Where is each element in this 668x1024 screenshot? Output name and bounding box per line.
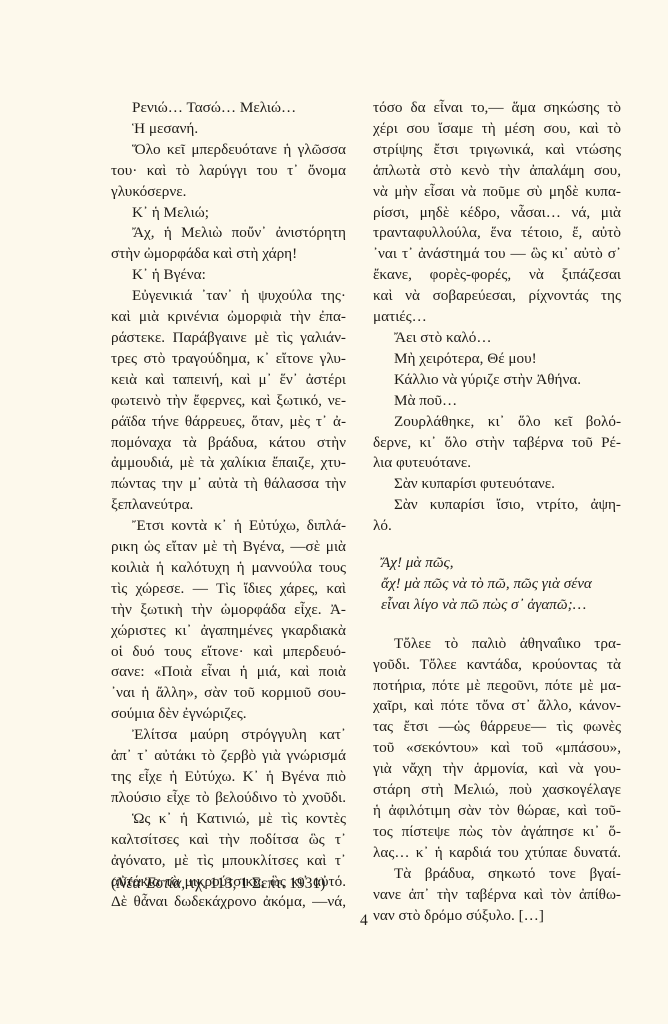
text-line: πώντας την μ᾽ αὐτὰ τὴ θάλασσα τὴν (111, 474, 346, 495)
left-column: Ρενιώ… Τασώ… Μελιώ…Ἡ μεσανή.Ὅλο κεῖ μπερ… (111, 98, 346, 913)
text-line: της εἶχε ἡ Εὐτύχω. Κ᾽ ἡ Βγένα πιὸ (111, 767, 346, 788)
text-line: γλυκόσερνε. (111, 182, 346, 203)
text-line: λια φυτευότανε. (373, 453, 621, 474)
text-line: Ζουρλάθηκε, κι᾽ ὅλο κεῖ βολό- (373, 412, 621, 433)
text-line: ᾽ναι ἡ ἄλλη», σὰν τοῦ κορμιοῦ σου- (111, 683, 346, 704)
text-line: γοῦδι. Τὄλεε καντάδα, κρούοντας τὰ (373, 655, 621, 676)
text-line: ρίσσι, μηδὲ κέδρο, νἆσαι… νά, μιὰ (373, 203, 621, 224)
text-line: ἀμμουδιά, μὲ τὰ χαλίκια ἔπαιζε, χτυ- (111, 453, 346, 474)
text-line: στάρη στὴ Μελιώ, ποὺ χασκογέλαγε (373, 780, 621, 801)
text-line: τρανταφυλλούλα, ἕνα τέτοιο, ἔ, αὐτὸ (373, 223, 621, 244)
text-line: Μὴ χειρότερα, Θέ μου! (373, 349, 621, 370)
text-line: χαῖρι, καὶ πότε τὄνα στ᾽ ἄλλο, κάνον- (373, 696, 621, 717)
text-line: του· καὶ τὸ λαρύγγι του τ᾽ ὄνομα (111, 161, 346, 182)
text-line: Τὄλεε τὸ παλιὸ ἀθηναΐικο τρα- (373, 634, 621, 655)
text-line: λας… κ᾽ ἡ καρδιά του χτύπαε δυνατά. (373, 843, 621, 864)
text-line: Κ᾽ ἡ Βγένα: (111, 265, 346, 286)
text-line: Ἡ μεσανή. (111, 119, 346, 140)
text-line: τος πίστεψε πὼς τὸν ἀγάπησε κι᾽ ὅ- (373, 822, 621, 843)
right-column-prose-bottom: Τὄλεε τὸ παλιὸ ἀθηναΐικο τρα-γοῦδι. Τὄλε… (373, 634, 621, 927)
text-line: χέρι σου ἴσαμε τὴ μέση σου, καὶ τὸ (373, 119, 621, 140)
text-line: Ἔτσι κοντὰ κ᾽ ἡ Εὐτύχω, διπλά- (111, 516, 346, 537)
text-line: Ὅλο κεῖ μπερδευότανε ἡ γλῶσσα (111, 140, 346, 161)
text-line: ξεπλανεύτρα. (111, 495, 346, 516)
text-line: λό. (373, 516, 621, 537)
text-line: Σὰν κυπαρίσι ἴσιο, ντρίτο, ἀψη- (373, 495, 621, 516)
verse-line: ἄχ! μὰ πῶς νὰ τὸ πῶ, πῶς γιὰ σένα (381, 574, 621, 595)
text-line: καὶ μιὰ κρινένια ὠμορφιὰ τὴν ἐπα- (111, 307, 346, 328)
text-line: στρίψης ἔτσι τριγωνικά, καὶ ντώσης (373, 140, 621, 161)
text-line: ρικη ὡς εἴταν μὲ τὴ Βγένα, —σὲ μιὰ (111, 537, 346, 558)
text-line: κειὰ καὶ ταπεινή, καὶ μ᾽ ἕν᾽ ἀστέρι (111, 370, 346, 391)
source-citation: (Νέα Ἑστία, τχ. 113, 1 Σεπτ. 1931) (111, 875, 325, 893)
page-number: 4 (360, 912, 368, 930)
text-line: οἱ δυό τους εἴτονε· καὶ μπερδευό- (111, 642, 346, 663)
song-verse: Ἄχ! μὰ πῶς,ἄχ! μὰ πῶς νὰ τὸ πῶ, πῶς γιὰ … (373, 553, 621, 616)
text-line: τοῦ «σεκόντου» καὶ τοῦ «μπάσου», (373, 738, 621, 759)
text-line: Εὐγενικιά ᾽ταν᾽ ἡ ψυχούλα της· (111, 286, 346, 307)
citation-details: , τχ. 113, 1 Σεπτ. 1931) (181, 875, 325, 892)
text-line: χώριστες κι᾽ ἀγαπημένες γκαρδιακὰ (111, 621, 346, 642)
text-line: τὶς χώρεσε. — Τὶς ἴδιες χάρες, καὶ (111, 579, 346, 600)
text-line: ράστεκε. Παράβγαινε μὲ τὶς γαλιάν- (111, 328, 346, 349)
text-line: ναν στὸ δρόμο σύξυλο. […] (373, 906, 621, 927)
text-line: στὴν ὠμορφάδα καὶ στὴ χάρη! (111, 244, 346, 265)
text-line: ποτήρια, πότε μὲ πεϱοῦνι, πότε μὲ μα- (373, 676, 621, 697)
text-line: φωτεινὸ τὴν ἔφερνες, καὶ ξωτικό, νε- (111, 391, 346, 412)
text-line: τόσο δα εἶναι το,— ἅμα σηκώσης τὸ (373, 98, 621, 119)
text-line: ράϊδα τήνε θάρρευες, ὅταν, μὲς τ᾽ ἀ- (111, 412, 346, 433)
text-line: ματιές… (373, 307, 621, 328)
text-line: τὴν ξωτικὴ τὴν ὠμορφάδα εἶχε. Ἀ- (111, 600, 346, 621)
verse-line: Ἄχ! μὰ πῶς, (381, 553, 621, 574)
text-line: ἀπ᾽ τ᾽ αὐτάκι τὸ ζερβὸ γιὰ γνώρισμά (111, 746, 346, 767)
text-line: ἡ ἀφιλότιμη σὰν τὸν θώραε, καὶ τοῦ- (373, 801, 621, 822)
text-line: τας ἔτσι —ὡς θάρρευε— τὶς φωνὲς (373, 717, 621, 738)
text-line: Μὰ ποῦ… (373, 391, 621, 412)
text-line: Κ᾽ ἡ Μελιώ; (111, 203, 346, 224)
text-line: καὶ νὰ σοβαρεύεσαι, ρίχνοντάς της (373, 286, 621, 307)
text-line: ἀγόνατο, μὲ τὶς μπουκλίτσες καὶ τ᾽ (111, 851, 346, 872)
verse-line: εἶναι λίγο νὰ πῶ πὼς σ᾽ ἀγαπῶ;… (381, 595, 621, 616)
text-line: δερνε, κι᾽ ὅλο στὴν ταβέρνα τοῦ Ρέ- (373, 433, 621, 454)
text-line: καλτσίτσες καὶ τὴν ποδίτσα ὣς τ᾽ (111, 830, 346, 851)
text-line: Τὰ βράδυα, σηκωτό τονε βγαί- (373, 864, 621, 885)
text-line: τρες στὸ τραγούδημα, κ᾽ εἴτονε γλυ- (111, 349, 346, 370)
text-line: σανε: «Ποιὰ εἶναι ἡ μιά, καὶ ποιὰ (111, 662, 346, 683)
text-line: Ἐλίτσα μαύρη στρόγγυλη κατ᾽ (111, 725, 346, 746)
text-line: Ἄει στὸ καλό… (373, 328, 621, 349)
text-line: ἔκανε, φορὲς-φορές, νὰ ξιπάζεσαι (373, 265, 621, 286)
text-line: νανε ἀπ᾽ τὴν ταβέρνα καὶ τὸν ἀπίθω- (373, 885, 621, 906)
document-page: Ρενιώ… Τασώ… Μελιώ…Ἡ μεσανή.Ὅλο κεῖ μπερ… (0, 0, 668, 1024)
text-line: ἁπλωτὰ στὸ κενὸ τὴν ἀπαλάμη σου, (373, 161, 621, 182)
text-line: Κάλλιο νὰ γύριζε στὴν Ἀθήνα. (373, 370, 621, 391)
text-line: σούμια δὲν ἐγνώριζες. (111, 704, 346, 725)
text-line: κοιλιὰ ἡ καλότυχη ἡ μαννούλα τους (111, 558, 346, 579)
text-line: Σὰν κυπαρίσι φυτευότανε. (373, 474, 621, 495)
text-line: Ὡς κ᾽ ἡ Κατινιώ, μὲ τὶς κοντὲς (111, 809, 346, 830)
text-line: πλούσιο εἶχε τὸ βελούδινο τὸ χνοῦδι. (111, 788, 346, 809)
text-line: ᾽ναι τ᾽ ἀνάστημά του — ὣς κι᾽ αὐτὸ σ᾽ (373, 244, 621, 265)
text-line: Ρενιώ… Τασώ… Μελιώ… (111, 98, 346, 119)
text-line: γιὰ νἄχη τὴν ἁρμονία, καὶ νὰ γου- (373, 759, 621, 780)
text-line: Ἄχ, ἡ Μελιὼ ποὔν᾽ ἀνιστόρητη (111, 223, 346, 244)
right-column-prose-top: τόσο δα εἶναι το,— ἅμα σηκώσης τὸχέρι σο… (373, 98, 621, 537)
right-column: τόσο δα εἶναι το,— ἅμα σηκώσης τὸχέρι σο… (373, 98, 621, 926)
text-line: νὰ μὴν εἶσαι νὰ ποῦμε σὺ μηδὲ κυπα- (373, 182, 621, 203)
text-line: πομόναχα τὰ βράδυα, κάτου στὴν (111, 433, 346, 454)
text-line: Δὲ θἆναι δωδεκάχρονο ἀκόμα, —νά, (111, 892, 346, 913)
citation-journal: Νέα Ἑστία (116, 875, 181, 892)
